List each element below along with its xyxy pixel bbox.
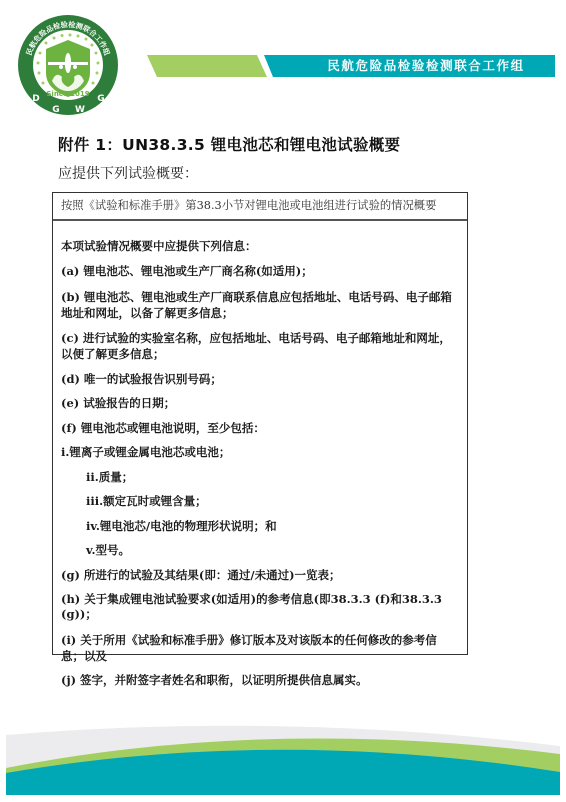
svg-text:G: G [97, 94, 104, 104]
svg-text:Since 2019: Since 2019 [46, 90, 89, 98]
list-item-h: (h) 关于集成锂电池试验要求(如适用)的参考信息(即38.3.3 (f)和38… [61, 592, 459, 622]
footer-wave [6, 722, 560, 795]
banner-green-stripe [147, 55, 267, 77]
page-title: 附件 1：UN38.3.5 锂电池芯和锂电池试验概要 [58, 133, 400, 155]
list-item-c: (c) 进行试验的实验室名称，应包括地址、电话号码、电子邮箱地址和网址，以便了解… [61, 330, 459, 362]
list-item-f-v: v.型号。 [61, 543, 459, 558]
list-item-f-iii: iii.额定瓦时或锂含量； [61, 494, 459, 509]
list-item-f-i: i.锂离子或锂金属电池芯或电池； [61, 445, 459, 460]
summary-table-header: 按照《试验和标准手册》第38.3小节对锂电池或电池组进行试验的情况概要 [53, 193, 467, 221]
logo-emblem-icon: 民航危险品检验检测联合工作组 Since 2019 D G W G [16, 13, 120, 117]
list-item-f-ii: ii.质量； [61, 470, 459, 485]
list-item-f-iv: iv.锂电池芯/电池的物理形状说明；和 [61, 519, 459, 534]
list-item-d: (d) 唯一的试验报告识别号码； [61, 372, 459, 387]
svg-text:D: D [32, 94, 39, 104]
list-item-j: (j) 签字，并附签字者姓名和职衔，以证明所提供信息属实。 [61, 673, 459, 688]
summary-table-body: 本项试验情况概要中应提供下列信息： (a) 锂电池芯、锂电池或生产厂商名称(如适… [53, 221, 467, 688]
intro-text: 本项试验情况概要中应提供下列信息： [61, 239, 459, 254]
list-item-g: (g) 所进行的试验及其结果(即：通过/未通过)一览表； [61, 568, 459, 583]
dgwg-logo: 民航危险品检验检测联合工作组 Since 2019 D G W G [16, 13, 120, 117]
banner-title: 民航危险品检验检测联合工作组 [300, 55, 552, 77]
list-item-a: (a) 锂电池芯、锂电池或生产厂商名称(如适用)； [61, 264, 459, 279]
page-subtitle: 应提供下列试验概要： [58, 163, 198, 183]
list-item-f: (f) 锂电池芯或锂电池说明，至少包括： [61, 421, 459, 436]
list-item-e: (e) 试验报告的日期； [61, 396, 459, 411]
svg-text:G: G [52, 105, 59, 115]
svg-text:W: W [75, 105, 85, 115]
list-item-b: (b) 锂电池芯、锂电池或生产厂商联系信息应包括地址、电话号码、电子邮箱地址和网… [61, 289, 459, 321]
summary-table: 按照《试验和标准手册》第38.3小节对锂电池或电池组进行试验的情况概要 本项试验… [52, 192, 468, 655]
list-item-i: (i) 关于所用《试验和标准手册》修订版本及对该版本的任何修改的参考信息；以及 [61, 632, 459, 664]
